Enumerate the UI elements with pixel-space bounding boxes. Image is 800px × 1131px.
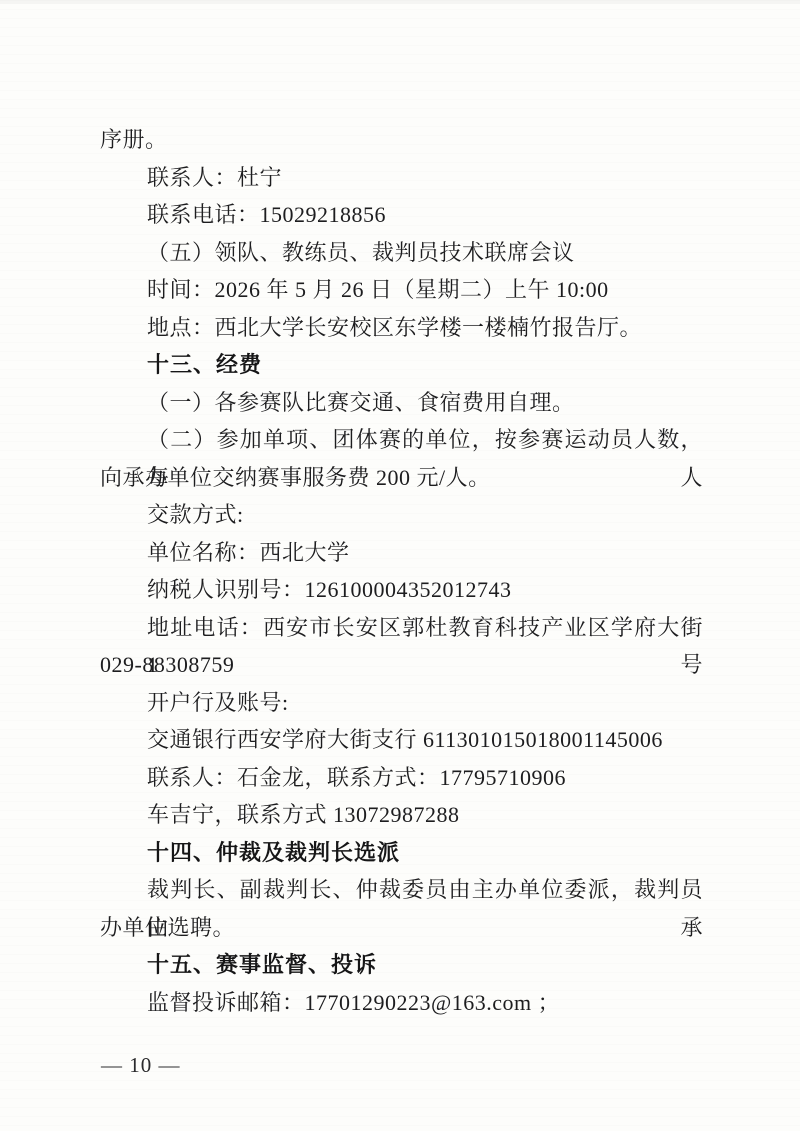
document-line: 交通银行西安学府大街支行 611301015018001145006 <box>100 721 703 759</box>
document-line: 地点：西北大学长安校区东学楼一楼楠竹报告厅。 <box>100 309 703 347</box>
document-line: 车吉宁，联系方式 13072987288 <box>100 796 703 834</box>
page-number: — 10 — <box>101 1052 181 1078</box>
section-heading: 十四、仲裁及裁判长选派 <box>100 834 703 872</box>
section-heading: 十五、赛事监督、投诉 <box>100 946 703 984</box>
scan-artifact-band <box>0 0 800 4</box>
document-line: 开户行及账号: <box>100 684 703 722</box>
document-body: 序册。联系人：杜宁联系电话：15029218856（五）领队、教练员、裁判员技术… <box>100 121 703 1021</box>
document-line: 联系人：石金龙，联系方式：17795710906 <box>100 759 703 797</box>
document-line: 联系人：杜宁 <box>100 159 703 197</box>
document-line: 交款方式: <box>100 496 703 534</box>
document-line: 序册。 <box>100 121 703 159</box>
document-line: 监督投诉邮箱：17701290223@163.com ； <box>100 984 703 1022</box>
document-line: 单位名称：西北大学 <box>100 534 703 572</box>
document-line: （五）领队、教练员、裁判员技术联席会议 <box>100 234 703 272</box>
document-line: 裁判长、副裁判长、仲裁委员由主办单位委派，裁判员由承 <box>100 871 703 909</box>
document-page: 序册。联系人：杜宁联系电话：15029218856（五）领队、教练员、裁判员技术… <box>0 0 800 1131</box>
document-line: 地址电话：西安市长安区郭杜教育科技产业区学府大街 1 号 <box>100 609 703 647</box>
document-line: 纳税人识别号：126100004352012743 <box>100 571 703 609</box>
document-line: （二）参加单项、团体赛的单位，按参赛运动员人数，每人 <box>100 421 703 459</box>
section-heading: 十三、经费 <box>100 346 703 384</box>
document-line: （一）各参赛队比赛交通、食宿费用自理。 <box>100 384 703 422</box>
document-line: 时间：2026 年 5 月 26 日（星期二）上午 10:00 <box>100 271 703 309</box>
document-line: 联系电话：15029218856 <box>100 196 703 234</box>
